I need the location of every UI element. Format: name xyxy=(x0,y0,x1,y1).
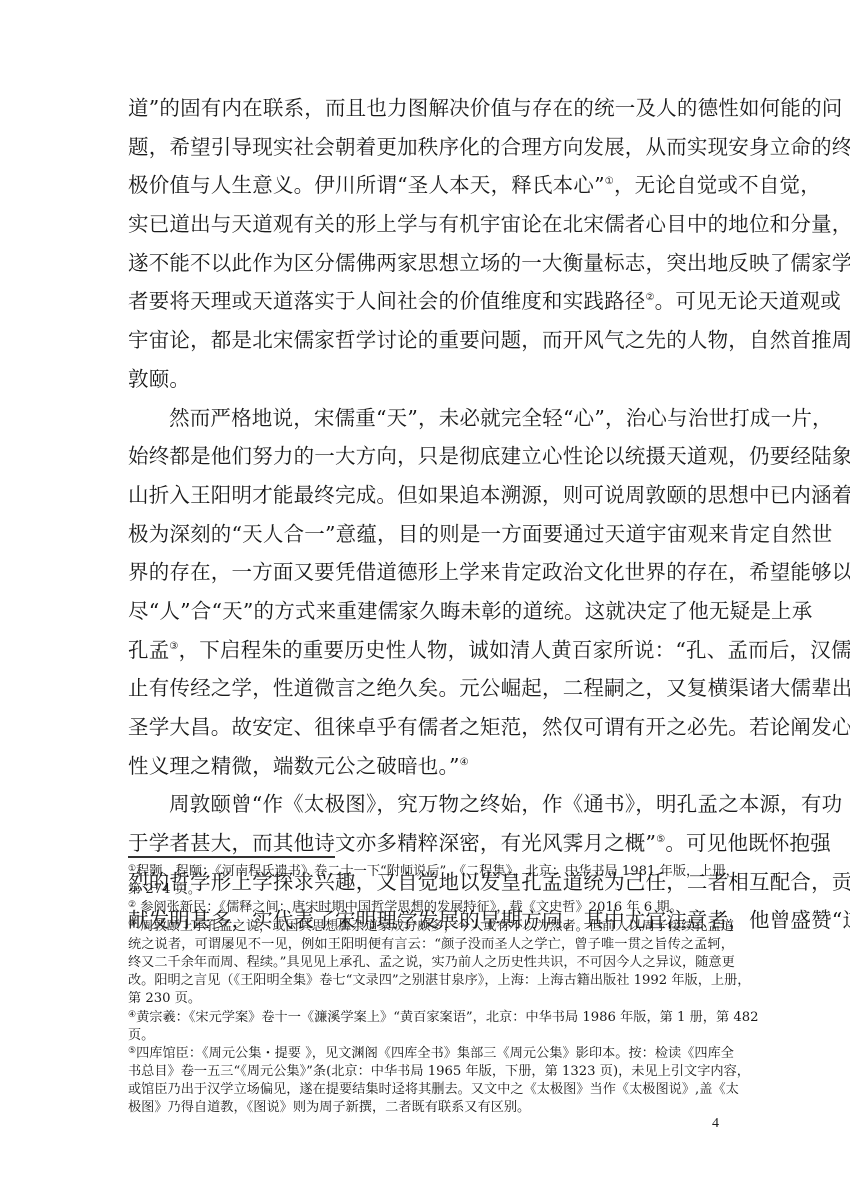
body-line: 宇宙论，都是北宋儒家哲学讨论的重要问题，而开风气之先的人物，自然首推周 xyxy=(128,321,734,360)
body-line: 遂不能不以此作为区分儒佛两家思想立场的一大衡量标志，突出地反映了儒家学 xyxy=(128,244,734,283)
body-line: 实已道出与天道观有关的形上学与有机宇宙论在北宋儒者心目中的地位和分量， xyxy=(128,205,734,244)
page-number: 4 xyxy=(712,1116,719,1132)
body-line: 敦颐。 xyxy=(128,360,734,399)
footnote-marker: ④ xyxy=(128,1010,136,1020)
body-text: 道”的固有内在联系，而且也力图解决价值与存在的统一及人的德性如何能的问题，希望引… xyxy=(128,89,734,940)
footnote-line: 或馆臣乃出于汉学立场偏见，遂在提要结集时迳将其删去。又文中之《太极图》当作《太极… xyxy=(128,1081,734,1099)
body-line: 尽“人”合“天”的方式来重建儒家久晦未彰的道统。这就决定了他无疑是上承 xyxy=(128,592,734,631)
body-line: 极为深刻的“天人合一”意蕴，目的则是一方面要通过天道宇宙观来肯定自然世 xyxy=(128,515,734,554)
footnote-line: 第 274 页。 xyxy=(128,881,734,899)
footnote-line: 书总目》卷一五三“《周元公集》”条(北京：中华书局 1965 年版，下册，第 1… xyxy=(128,1063,734,1081)
footnote-line: ⑤四库馆臣：《周元公集・提要 》，见文渊阁《四库全书》集部三《周元公集》影印本。… xyxy=(128,1045,734,1063)
footnote-line: 第 230 页。 xyxy=(128,990,734,1008)
body-line: 界的存在，一方面又要凭借道德形上学来肯定政治文化世界的存在，希望能够以 xyxy=(128,553,734,592)
footnote-line: ④黄宗羲：《宋元学案》卷十一《濂溪学案上》“黄百家案语”，北京：中华书局 198… xyxy=(128,1009,734,1027)
footnote-line: ② 参阅张新民：《儒释之间：唐宋时期中国哲学思想的发展特征》，载《文史哲》201… xyxy=(128,899,734,917)
footnotes: ①程颢、程颐：《河南程氏遗书》卷二十一下“附师说后”，《二程集》，北京：中华书局… xyxy=(128,863,734,1118)
body-line: 然而严格地说，宋儒重“天”，未必就完全轻“心”，治心与治世打成一片， xyxy=(128,399,734,438)
footnote-marker: ⑤ xyxy=(128,1046,136,1056)
footnote-marker: ④ xyxy=(460,757,469,768)
footnote-line: 页。 xyxy=(128,1027,734,1045)
body-line: 始终都是他们努力的一大方向，只是彻底建立心性论以统摄天道观，仍要经陆象 xyxy=(128,437,734,476)
footnote-line: 极图》乃得自道教，《图说》则为周子新撰，二者既有联系又有区别。 xyxy=(128,1099,734,1117)
body-line: 者要将天理或天道落实于人间社会的价值维度和实践路径②。可见无论天道观或 xyxy=(128,282,734,321)
footnote-marker: ② xyxy=(128,900,136,910)
footnote-line: 统之说者，可谓屡见不一见，例如王阳明便有言云：“颜子没而圣人之学亡，曾子唯一贯之… xyxy=(128,936,734,954)
body-line: 止有传经之学，性道微言之绝久矣。元公崛起，二程嗣之，又复横渠诸大儒辈出， xyxy=(128,669,734,708)
footnote-line: ①程颢、程颐：《河南程氏遗书》卷二十一下“附师说后”，《二程集》，北京：中华书局… xyxy=(128,863,734,881)
body-line: 道”的固有内在联系，而且也力图解决价值与存在的统一及人的德性如何能的问 xyxy=(128,89,734,128)
body-line: 极价值与人生意义。伊川所谓“圣人本天，释氏本心”①，无论自觉或不自觉， xyxy=(128,166,734,205)
footnote-marker: ② xyxy=(646,292,655,303)
footnote-marker: ③ xyxy=(128,919,136,929)
body-line: 孔孟③，下启程朱的重要历史性人物，诚如清人黄百家所说：“孔、孟而后，汉儒 xyxy=(128,631,734,670)
footnote-marker: ⑤ xyxy=(656,834,665,845)
footnote-marker: ① xyxy=(605,176,614,187)
footnote-marker: ③ xyxy=(169,641,178,652)
document-page: 道”的固有内在联系，而且也力图解决价值与存在的统一及人的德性如何能的问题，希望引… xyxy=(0,0,850,1202)
body-line: 性义理之精微，端数元公之破暗也。”④ xyxy=(128,747,734,786)
body-line: 周敦颐曾“作《太极图》，究万物之终始，作《通书》，明孔孟之本源，有功 xyxy=(128,785,734,824)
footnote-separator xyxy=(128,856,335,858)
footnote-line: ③ 周敦颐上承孔孟之说，或因其思想羼杂道家成分颇多，今人或有不以为然者。但前人以… xyxy=(128,918,734,936)
body-line: 山折入王阳明才能最终完成。但如果追本溯源，则可说周敦颐的思想中已内涵着 xyxy=(128,476,734,515)
body-line: 题，希望引导现实社会朝着更加秩序化的合理方向发展，从而实现安身立命的终 xyxy=(128,128,734,167)
footnote-line: 改。阳明之言见（《王阳明全集》卷七“文录四”之别湛甘泉序》，上海：上海古籍出版社… xyxy=(128,972,734,990)
body-line: 圣学大昌。故安定、徂徕卓乎有儒者之矩范，然仅可谓有开之必先。若论阐发心 xyxy=(128,708,734,747)
footnote-line: 终又二千余年而周、程续。”具见见上承孔、孟之说，实乃前人之历史性共识，不可因今人… xyxy=(128,954,734,972)
footnote-marker: ① xyxy=(128,864,136,874)
